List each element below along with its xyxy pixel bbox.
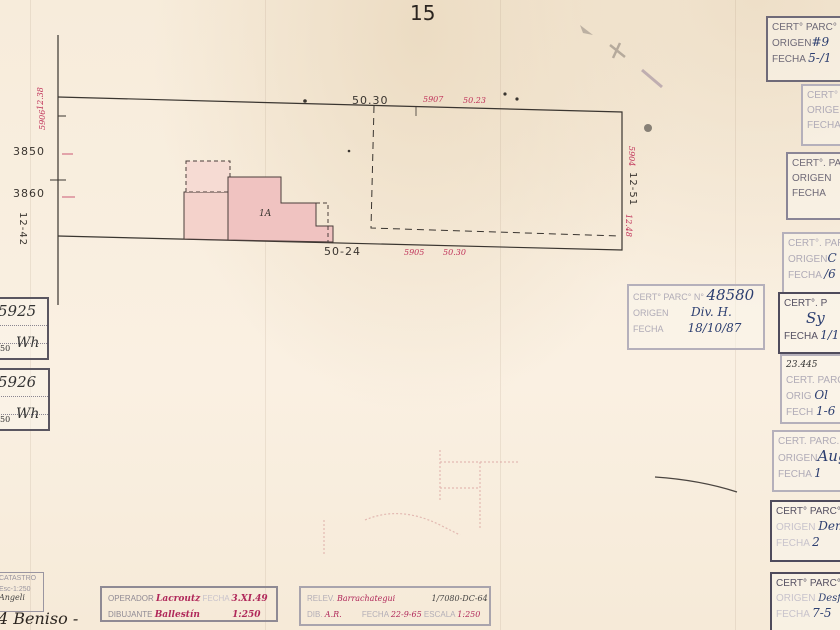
fecha-label: FECHA bbox=[776, 538, 809, 549]
center-cert-stamp: CERT° PARC° N° 48580 ORIGEN Div. H. FECH… bbox=[627, 284, 765, 350]
fecha-value: 1-6 bbox=[816, 404, 835, 418]
catastro-scale: Esc-1:250 bbox=[0, 586, 41, 593]
operador-label: OPERADOR bbox=[108, 594, 154, 603]
origen-value: Ol bbox=[814, 388, 828, 402]
fecha-label: FECHA bbox=[778, 469, 811, 480]
operator-stamp: OPERADOR Lacroutz FECHA 3.XI.49 DIBUJANT… bbox=[100, 586, 278, 622]
origen-value: Sy bbox=[806, 311, 825, 327]
right-red-value: 12.48 bbox=[624, 214, 633, 237]
fecha-value: 2 bbox=[812, 535, 820, 549]
scale-value: 50 bbox=[0, 415, 10, 424]
initials: Wh bbox=[16, 335, 39, 351]
fecha-value: 18/10/87 bbox=[688, 321, 742, 335]
origen-value: Div. H. bbox=[691, 305, 732, 319]
right-cert-stamp: CERT°. P Sy FECHA 1/1 bbox=[778, 292, 840, 354]
fecha-label: FECHA bbox=[633, 324, 663, 334]
fecha-label: FECH bbox=[786, 407, 813, 418]
bottom-dimension-label: 50-24 bbox=[324, 245, 361, 258]
origen-label: ORIGEN bbox=[788, 254, 827, 265]
cert-label: CERT° PARC° N° bbox=[633, 292, 704, 302]
right-cert-stamp: CERT. PARC. N° ORIGENAug FECHA 1 bbox=[772, 430, 840, 492]
cert-label: CERT. PARC. N° bbox=[778, 434, 840, 449]
scale-value: 50 bbox=[0, 344, 10, 353]
escala-value: 1:250 bbox=[232, 610, 260, 620]
origen-label: ORIGEN bbox=[792, 171, 840, 186]
top-red-value: 50.23 bbox=[463, 96, 486, 105]
cert-label: CERT°. PA bbox=[792, 156, 840, 171]
cert-label: CERT°. P bbox=[784, 296, 840, 311]
cert-label: CERT° PARC° N° bbox=[772, 20, 840, 35]
fecha-value: /6 bbox=[824, 267, 836, 281]
catastro-stamp: CATASTRO Esc-1:250 Angeli bbox=[0, 572, 44, 612]
dibujante-label: DIBUJANTE bbox=[108, 610, 152, 619]
cert-label: CERT° PARC° bbox=[776, 576, 840, 591]
origen-label: ORIGEN bbox=[776, 593, 815, 604]
origen-label: ORIGEN bbox=[633, 308, 669, 318]
fecha-label: FECHA bbox=[784, 331, 817, 342]
fecha-label: FECHA bbox=[807, 118, 840, 133]
dib-label: DIB. bbox=[307, 610, 323, 619]
dibujante-value: Ballestín bbox=[155, 610, 200, 620]
right-cert-stamp: CERT°. PA ORIGEN FECHA bbox=[786, 152, 840, 220]
escala-value: 1:250 bbox=[457, 610, 480, 619]
fecha-value: 3.XI.49 bbox=[231, 594, 267, 604]
left-red-parcel-label: 5906 bbox=[38, 110, 47, 130]
parcel-number: 5925 bbox=[0, 302, 36, 320]
cert-label: CERT°. PAR bbox=[788, 236, 840, 251]
relev-value: Barrachategui bbox=[337, 594, 395, 603]
right-cert-stamp: CERT° PARC° ORIGEN Desfon. FECHA 7-5 bbox=[770, 572, 840, 630]
catastro-signature: Angeli bbox=[0, 593, 41, 602]
origen-label: ORIGEN bbox=[772, 38, 811, 49]
origen-label: ORIG bbox=[786, 391, 812, 402]
fecha-value: 7-5 bbox=[812, 606, 831, 620]
operador-value: Lacroutz bbox=[156, 594, 200, 604]
left-red-value: 12.38 bbox=[36, 87, 45, 110]
right-red-parcel-label: 5904 bbox=[627, 146, 636, 166]
fecha-label: FECHA bbox=[362, 610, 389, 619]
cert-label: CERT. PARC bbox=[786, 373, 840, 388]
top-dimension-label: 50.30 bbox=[352, 94, 389, 107]
cert-label: CERT° bbox=[807, 88, 840, 103]
left-parcel-stamp: 5925 50 Wh bbox=[0, 297, 49, 360]
origen-label: ORIGEN bbox=[778, 453, 817, 464]
fecha-label: FECHA bbox=[776, 609, 809, 620]
fecha-label: FECHA bbox=[788, 270, 821, 281]
top-red-parcel-label: 5907 bbox=[423, 95, 443, 104]
origen-value: C bbox=[827, 251, 836, 265]
fecha-value: 22-9-65 bbox=[391, 610, 422, 619]
right-cert-stamp: CERT° PARC° N° ORIGEN#9 FECHA 5-/1 bbox=[766, 16, 840, 82]
escala-label: ESCALA bbox=[424, 610, 455, 619]
right-cert-stamp: 23.445 CERT. PARC ORIG Ol FECH 1-6 bbox=[780, 354, 840, 424]
origen-value: #9 bbox=[811, 35, 829, 49]
elevation-label-upper: 3850 bbox=[13, 145, 45, 158]
initials: Wh bbox=[16, 406, 39, 422]
fecha-label: FECHA bbox=[202, 594, 229, 603]
left-dimension-label: 12-42 bbox=[17, 212, 28, 246]
right-cert-stamp: CERT°. PAR ORIGENC FECHA /6 bbox=[782, 232, 840, 294]
relev-label: RELEV. bbox=[307, 594, 335, 603]
right-cert-stamp: CERT° ORIGE FECHA bbox=[801, 84, 840, 146]
page-number: 15 bbox=[410, 1, 435, 25]
origen-value: Aug bbox=[817, 449, 840, 465]
origen-value: Desfon. bbox=[818, 593, 840, 604]
fecha-value: 5-/1 bbox=[808, 51, 831, 65]
fecha-label: FECHA bbox=[772, 54, 805, 65]
reference-value: 1/7080-DC-64 bbox=[431, 594, 487, 603]
bottom-red-parcel-label: 5905 bbox=[404, 248, 424, 257]
fecha-value: 1 bbox=[814, 466, 822, 480]
right-dimension-label: 12-51 bbox=[627, 172, 638, 206]
elevation-label-lower: 3860 bbox=[13, 187, 45, 200]
origen-label: ORIGE bbox=[807, 103, 840, 118]
fecha-value: 1/1 bbox=[820, 328, 839, 342]
cert-value: 48580 bbox=[707, 288, 755, 304]
right-cert-stamp: CERT° PARC° ORIGEN Dem FECHA 2 bbox=[770, 500, 840, 562]
catastro-title: CATASTRO bbox=[0, 575, 41, 582]
dib-value: A.R. bbox=[325, 610, 342, 619]
stamp-note: 23.445 bbox=[786, 358, 840, 373]
building-label: 1A bbox=[259, 209, 271, 219]
bottom-red-value: 50.30 bbox=[443, 248, 466, 257]
left-parcel-stamp: 5926 50 Wh bbox=[0, 368, 50, 431]
origen-value: Dem bbox=[818, 519, 840, 533]
relevamiento-stamp: RELEV. Barrachategui 1/7080-DC-64 DIB. A… bbox=[299, 586, 491, 626]
origen-label: ORIGEN bbox=[776, 522, 815, 533]
handwritten-note: 4 Beniso - bbox=[0, 609, 78, 628]
fecha-label: FECHA bbox=[792, 186, 840, 201]
cert-label: CERT° PARC° bbox=[776, 504, 840, 519]
parcel-number: 5926 bbox=[0, 373, 36, 391]
